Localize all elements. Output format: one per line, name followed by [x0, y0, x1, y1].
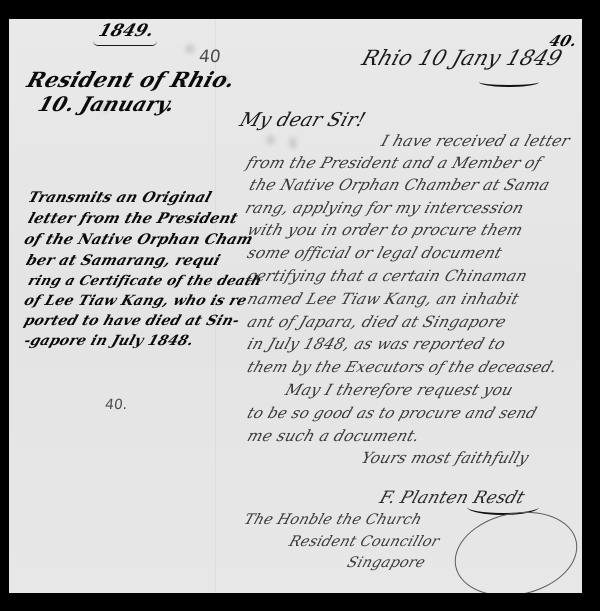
letter-closing: Yours most faithfully	[359, 449, 531, 467]
docket-sender: Resident of Rhio.	[24, 67, 238, 92]
letter-body-line: rang, applying for my intercession	[243, 199, 526, 217]
docket-date: 10. January.	[35, 92, 178, 116]
letter-body-line: May I therefore request you	[283, 381, 515, 399]
letter-body-line: to be so good as to procure and send	[245, 404, 539, 422]
letter-body-line: me such a document.	[245, 427, 422, 445]
paper-stain	[266, 135, 275, 145]
letter-salutation: My dear Sir!	[237, 109, 368, 131]
letter-page: 40. 1849. 40 Resident of Rhio. 10. Janua…	[9, 19, 582, 593]
docket-summary-line: ber at Samarang, requi	[24, 252, 223, 269]
letter-body-line: from the President and a Member of	[244, 154, 544, 172]
paper-stain	[289, 137, 297, 149]
docket-summary-line: letter from the President	[26, 210, 240, 227]
letter-place-date: Rhio 10 Jany 1849	[359, 46, 565, 70]
letter-body-line: with you in order to procure them	[245, 221, 525, 239]
docket-folio-pencil: 40	[198, 47, 222, 67]
docket-summary-line: ported to have died at Sin-	[22, 313, 241, 329]
letter-body-line: in July 1848, as was reported to	[245, 335, 508, 353]
letter-body-line: I have received a letter	[379, 132, 572, 150]
paper-stain	[185, 44, 195, 54]
docket-summary-line: ring a Certificate of the death	[26, 273, 264, 289]
letter-body-line: the Native Orphan Chamber at Sama	[247, 176, 552, 194]
docket-year-underline	[93, 41, 157, 46]
letter-body-line: them by the Executors of the deceased.	[245, 358, 560, 376]
docket-summary-line: Transmits an Original	[26, 189, 214, 206]
docket-summary-line: of Lee Tiaw Kang, who is re	[22, 293, 249, 309]
docket-summary-line: -gapore in July 1848.	[22, 333, 196, 349]
docket-year: 1849.	[96, 21, 157, 41]
addressee-line: Singapore	[345, 555, 427, 571]
docket-summary-line: of the Native Orphan Cham	[22, 231, 255, 248]
letter-body-line: certifying that a certain Chinaman	[245, 267, 530, 285]
letter-body-line: some official or legal document	[245, 244, 505, 262]
letter-body-line: named Lee Tiaw Kang, an inhabit	[245, 290, 521, 308]
date-flourish	[479, 77, 539, 87]
addressee-line: Resident Councillor	[287, 534, 441, 550]
seal-outline	[447, 501, 582, 593]
letter-body-line: ant of Japara, died at Singapore	[245, 313, 509, 331]
addressee-line: The Honble the Church	[242, 512, 424, 528]
docket-folio-bottom: 40.	[104, 397, 128, 413]
